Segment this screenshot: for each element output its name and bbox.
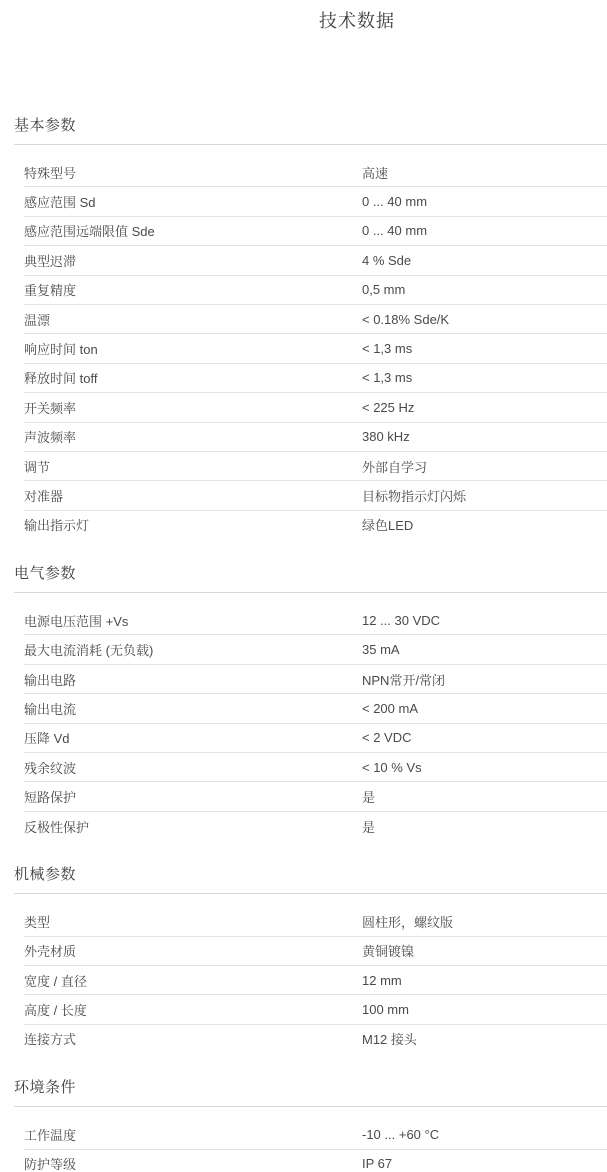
spec-label: 宽度 / 直径 [24,965,362,994]
spec-row: 电源电压范围 +Vs 12 ... 30 VDC [24,606,607,635]
spec-value: IP 67 [362,1149,607,1172]
section-divider [14,893,607,894]
spec-table: 类型 圆柱形，螺纹版 外壳材质 黄铜镀镍 宽度 / 直径 12 mm 高度 / … [24,907,607,1053]
spec-value: 目标物指示灯闪烁 [362,481,607,510]
spec-row: 输出电路 NPN常开/常闭 [24,664,607,693]
spec-value: < 1,3 ms [362,334,607,363]
spec-row: 典型迟滞 4 % Sde [24,246,607,275]
spec-label: 释放时间 toff [24,363,362,392]
spec-value: 0,5 mm [362,275,607,304]
spec-label: 特殊型号 [24,158,362,187]
spec-label: 反极性保护 [24,811,362,840]
spec-value: -10 ... +60 °C [362,1120,607,1149]
spec-row: 连接方式 M12 接头 [24,1024,607,1053]
spec-row: 释放时间 toff < 1,3 ms [24,363,607,392]
spec-value: 380 kHz [362,422,607,451]
spec-value: 0 ... 40 mm [362,216,607,245]
spec-table: 特殊型号 高速 感应范围 Sd 0 ... 40 mm 感应范围远端限值 Sde… [24,158,607,539]
spec-row: 重复精度 0,5 mm [24,275,607,304]
spec-row: 对准器 目标物指示灯闪烁 [24,481,607,510]
spec-label: 重复精度 [24,275,362,304]
spec-row: 感应范围 Sd 0 ... 40 mm [24,187,607,216]
spec-label: 声波频率 [24,422,362,451]
spec-row: 宽度 / 直径 12 mm [24,965,607,994]
spec-value: 4 % Sde [362,246,607,275]
spec-label: 压降 Vd [24,723,362,752]
spec-value: 35 mA [362,635,607,664]
spec-row: 声波频率 380 kHz [24,422,607,451]
spec-value: 0 ... 40 mm [362,187,607,216]
spec-row: 反极性保护 是 [24,811,607,840]
spec-label: 典型迟滞 [24,246,362,275]
spec-value: < 225 Hz [362,393,607,422]
section-heading: 机械参数 [14,866,607,893]
spec-row: 外壳材质 黄铜镀镍 [24,936,607,965]
spec-label: 连接方式 [24,1024,362,1053]
spec-value: 是 [362,782,607,811]
spec-value: 绿色LED [362,510,607,539]
spec-label: 类型 [24,907,362,936]
spec-value: < 10 % Vs [362,753,607,782]
section-heading: 环境条件 [14,1079,607,1106]
section-divider [14,592,607,593]
section-divider [14,144,607,145]
spec-label: 短路保护 [24,782,362,811]
spec-row: 类型 圆柱形，螺纹版 [24,907,607,936]
spec-row: 高度 / 长度 100 mm [24,995,607,1024]
spec-row: 开关频率 < 225 Hz [24,393,607,422]
spec-label: 工作温度 [24,1120,362,1149]
spec-row: 工作温度 -10 ... +60 °C [24,1120,607,1149]
spec-label: 输出电流 [24,694,362,723]
spec-row: 防护等级 IP 67 [24,1149,607,1172]
spec-sections: 基本参数 特殊型号 高速 感应范围 Sd 0 ... 40 mm 感应范围远端限… [0,117,607,1172]
spec-value: M12 接头 [362,1024,607,1053]
spec-label: 感应范围 Sd [24,187,362,216]
spec-label: 温漂 [24,304,362,333]
spec-label: 开关频率 [24,393,362,422]
spec-label: 电源电压范围 +Vs [24,606,362,635]
spec-value: 黄铜镀镍 [362,936,607,965]
section-heading: 基本参数 [14,117,607,144]
spec-section: 电气参数 电源电压范围 +Vs 12 ... 30 VDC 最大电流消耗 (无负… [0,565,607,840]
section-heading: 电气参数 [14,565,607,592]
spec-value: 圆柱形，螺纹版 [362,907,607,936]
spec-value: < 0.18% Sde/K [362,304,607,333]
spec-label: 对准器 [24,481,362,510]
spec-row: 最大电流消耗 (无负载) 35 mA [24,635,607,664]
section-divider [14,1106,607,1107]
spec-row: 响应时间 ton < 1,3 ms [24,334,607,363]
spec-section: 基本参数 特殊型号 高速 感应范围 Sd 0 ... 40 mm 感应范围远端限… [0,117,607,539]
page-header: 技术数据 [0,0,607,32]
spec-value: < 1,3 ms [362,363,607,392]
spec-label: 残余纹波 [24,753,362,782]
spec-value: 高速 [362,158,607,187]
spec-row: 感应范围远端限值 Sde 0 ... 40 mm [24,216,607,245]
spec-label: 高度 / 长度 [24,995,362,1024]
spec-value: NPN常开/常闭 [362,664,607,693]
spec-label: 感应范围远端限值 Sde [24,216,362,245]
spec-table: 电源电压范围 +Vs 12 ... 30 VDC 最大电流消耗 (无负载) 35… [24,606,607,840]
spec-row: 残余纹波 < 10 % Vs [24,753,607,782]
spec-label: 输出指示灯 [24,510,362,539]
spec-row: 调节 外部自学习 [24,451,607,480]
spec-value: < 200 mA [362,694,607,723]
page-title: 技术数据 [319,11,395,32]
spec-value: < 2 VDC [362,723,607,752]
spec-section: 机械参数 类型 圆柱形，螺纹版 外壳材质 黄铜镀镍 宽度 / 直径 12 mm … [0,866,607,1053]
spec-row: 温漂 < 0.18% Sde/K [24,304,607,333]
spec-value: 12 mm [362,965,607,994]
spec-section: 环境条件 工作温度 -10 ... +60 °C 防护等级 IP 67 [0,1079,607,1172]
spec-row: 压降 Vd < 2 VDC [24,723,607,752]
spec-row: 输出指示灯 绿色LED [24,510,607,539]
spec-label: 防护等级 [24,1149,362,1172]
spec-label: 最大电流消耗 (无负载) [24,635,362,664]
spec-row: 短路保护 是 [24,782,607,811]
spec-label: 输出电路 [24,664,362,693]
spec-value: 100 mm [362,995,607,1024]
spec-row: 输出电流 < 200 mA [24,694,607,723]
spec-table: 工作温度 -10 ... +60 °C 防护等级 IP 67 [24,1120,607,1172]
spec-label: 响应时间 ton [24,334,362,363]
spec-value: 外部自学习 [362,451,607,480]
spec-label: 外壳材质 [24,936,362,965]
spec-value: 是 [362,811,607,840]
spec-value: 12 ... 30 VDC [362,606,607,635]
spec-label: 调节 [24,451,362,480]
spec-row: 特殊型号 高速 [24,158,607,187]
